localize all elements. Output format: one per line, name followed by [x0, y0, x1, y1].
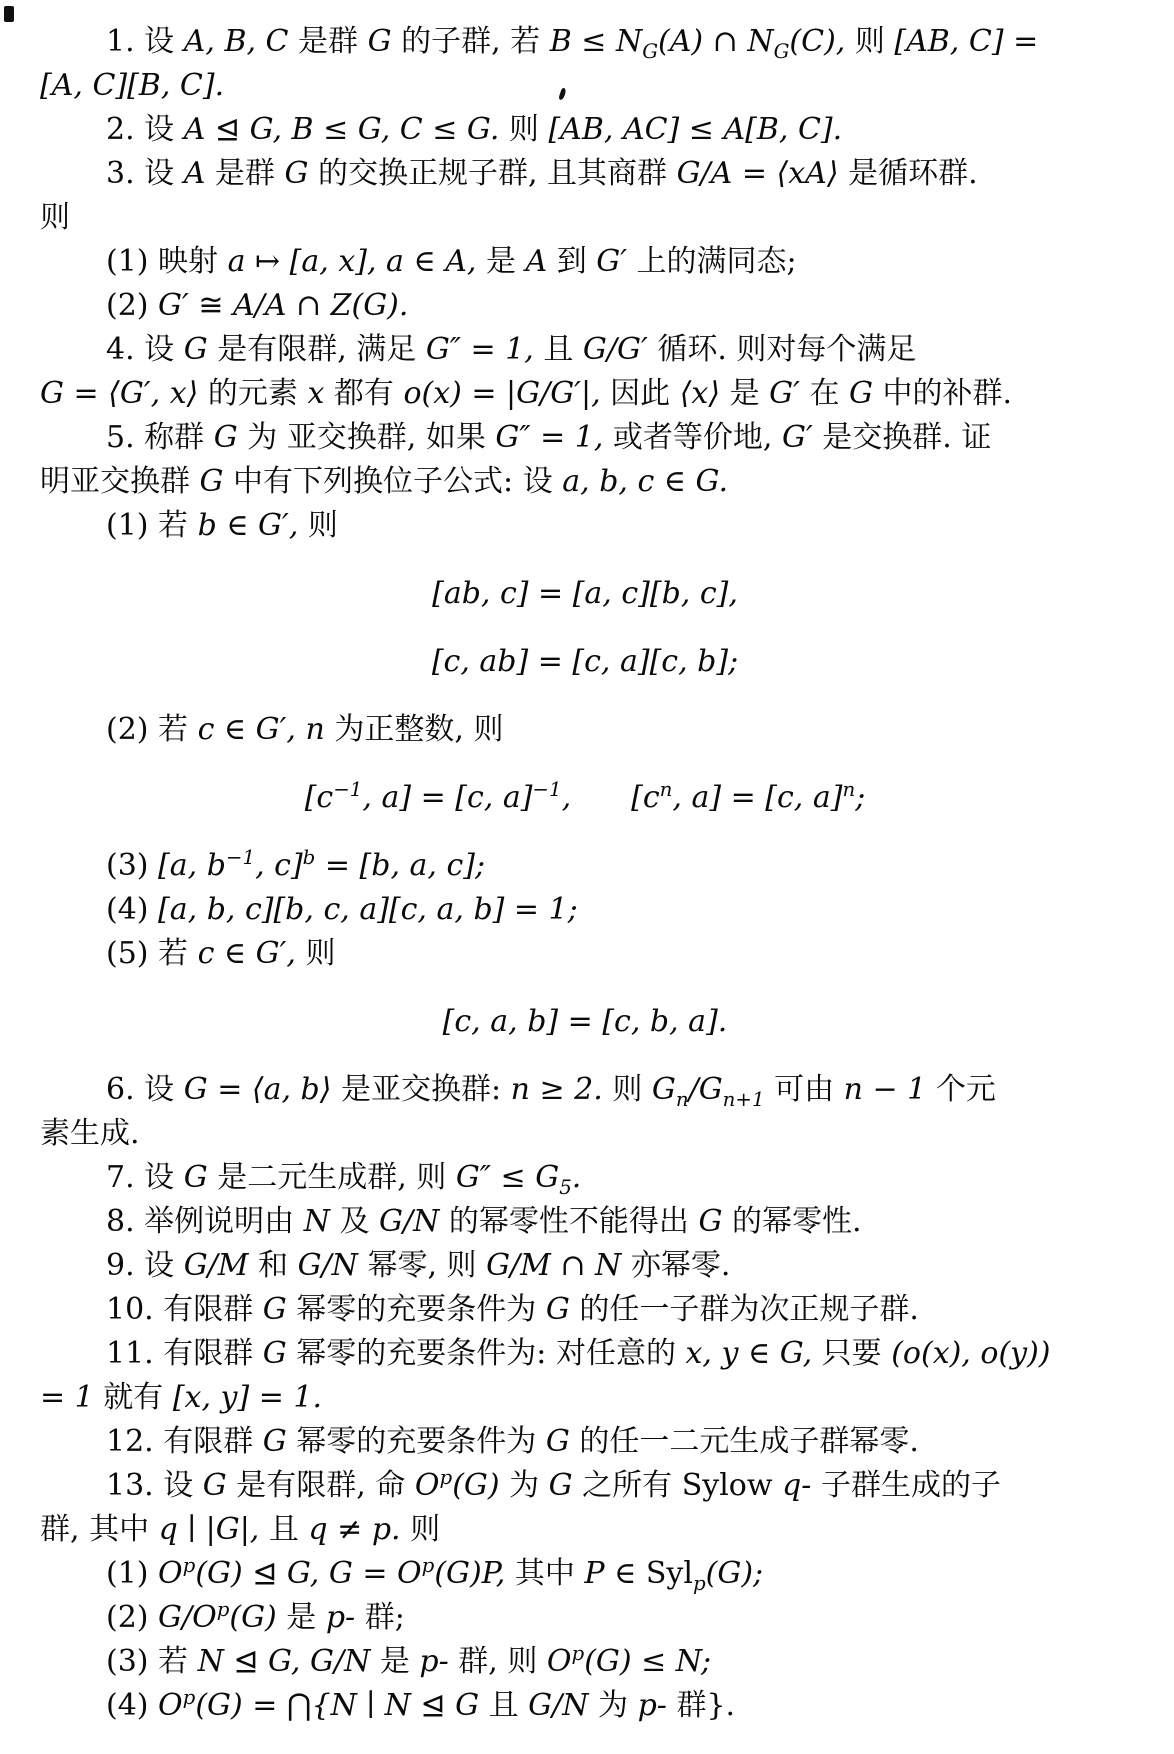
- problem-2: 2. 设 A ⊴ G, B ≤ G, C ≤ G. 则 [AB, AC] ≤ A…: [40, 108, 1130, 152]
- problem-5-part-5: (5) 若 c ∈ G′, 则: [40, 932, 1130, 976]
- problem-13-part-1: (1) Op(G) ⊴ G, G = Op(G)P, 其中 P ∈ Sylp(G…: [40, 1552, 1130, 1596]
- problem-1-line-2: [A, C][B, C].: [40, 64, 1130, 108]
- formula-c-ab: [c, ab] = [c, a][c, b];: [40, 640, 1130, 684]
- problem-10: 10. 有限群 G 幂零的充要条件为 G 的任一子群为次正规子群.: [40, 1288, 1130, 1332]
- problem-8: 8. 举例说明由 N 及 G/N 的幂零性不能得出 G 的幂零性.: [40, 1200, 1130, 1244]
- problem-4-line-1: 4. 设 G 是有限群, 满足 G″ = 1, 且 G/G′ 循环. 则对每个满…: [40, 328, 1130, 372]
- problem-5-line-1: 5. 称群 G 为 亚交换群, 如果 G″ = 1, 或者等价地, G′ 是交换…: [40, 416, 1130, 460]
- problem-11-line-2: = 1 就有 [x, y] = 1.: [40, 1376, 1130, 1420]
- problem-3-part-1: (1) 映射 a ↦ [a, x], a ∈ A, 是 A 到 G′ 上的满同态…: [40, 240, 1130, 284]
- problem-11-line-1: 11. 有限群 G 幂零的充要条件为: 对任意的 x, y ∈ G, 只要 (o…: [40, 1332, 1130, 1376]
- problem-5-part-2: (2) 若 c ∈ G′, n 为正整数, 则: [40, 708, 1130, 752]
- problem-13-line-2: 群, 其中 q ∣ |G|, 且 q ≠ p. 则: [40, 1508, 1130, 1552]
- formula-inverse-and-power: [c−1, a] = [c, a]−1, [cn, a] = [c, a]n;: [40, 776, 1130, 820]
- problem-3-line-1: 3. 设 A 是群 G 的交换正规子群, 且其商群 G/A = ⟨xA⟩ 是循环…: [40, 152, 1130, 196]
- problem-3-line-2: 则: [40, 196, 1130, 240]
- problem-13-part-3: (3) 若 N ⊴ G, G/N 是 p- 群, 则 Op(G) ≤ N;: [40, 1640, 1130, 1684]
- scanned-textbook-page: 1. 设 A, B, C 是群 G 的子群, 若 B ≤ NG(A) ∩ NG(…: [0, 0, 1174, 1754]
- problem-12: 12. 有限群 G 幂零的充要条件为 G 的任一二元生成子群幂零.: [40, 1420, 1130, 1464]
- problem-5-part-1: (1) 若 b ∈ G′, 则: [40, 504, 1130, 548]
- scan-artifact: [4, 6, 14, 22]
- problem-1-line-1: 1. 设 A, B, C 是群 G 的子群, 若 B ≤ NG(A) ∩ NG(…: [40, 20, 1130, 64]
- problem-13-line-1: 13. 设 G 是有限群, 命 Op(G) 为 G 之所有 Sylow q- 子…: [40, 1464, 1130, 1508]
- problem-5-line-2: 明亚交换群 G 中有下列换位子公式: 设 a, b, c ∈ G.: [40, 460, 1130, 504]
- problem-7: 7. 设 G 是二元生成群, 则 G″ ≤ G5.: [40, 1156, 1130, 1200]
- formula-c-a-b: [c, a, b] = [c, b, a].: [40, 1000, 1130, 1044]
- problem-6-line-1: 6. 设 G = ⟨a, b⟩ 是亚交换群: n ≥ 2. 则 Gn/Gn+1 …: [40, 1068, 1130, 1112]
- problem-5-part-3: (3) [a, b−1, c]b = [b, a, c];: [40, 844, 1130, 888]
- formula-ab-c: [ab, c] = [a, c][b, c],: [40, 572, 1130, 616]
- problem-6-line-2: 素生成.: [40, 1112, 1130, 1156]
- problem-13-part-4: (4) Op(G) = ⋂{N ∣ N ⊴ G 且 G/N 为 p- 群}.: [40, 1684, 1130, 1728]
- problem-4-line-2: G = ⟨G′, x⟩ 的元素 x 都有 o(x) = |G/G′|, 因此 ⟨…: [40, 372, 1130, 416]
- problem-5-part-4: (4) [a, b, c][b, c, a][c, a, b] = 1;: [40, 888, 1130, 932]
- problem-9: 9. 设 G/M 和 G/N 幂零, 则 G/M ∩ N 亦幂零.: [40, 1244, 1130, 1288]
- problem-3-part-2: (2) G′ ≅ A/A ∩ Z(G).: [40, 284, 1130, 328]
- problem-13-part-2: (2) G/Op(G) 是 p- 群;: [40, 1596, 1130, 1640]
